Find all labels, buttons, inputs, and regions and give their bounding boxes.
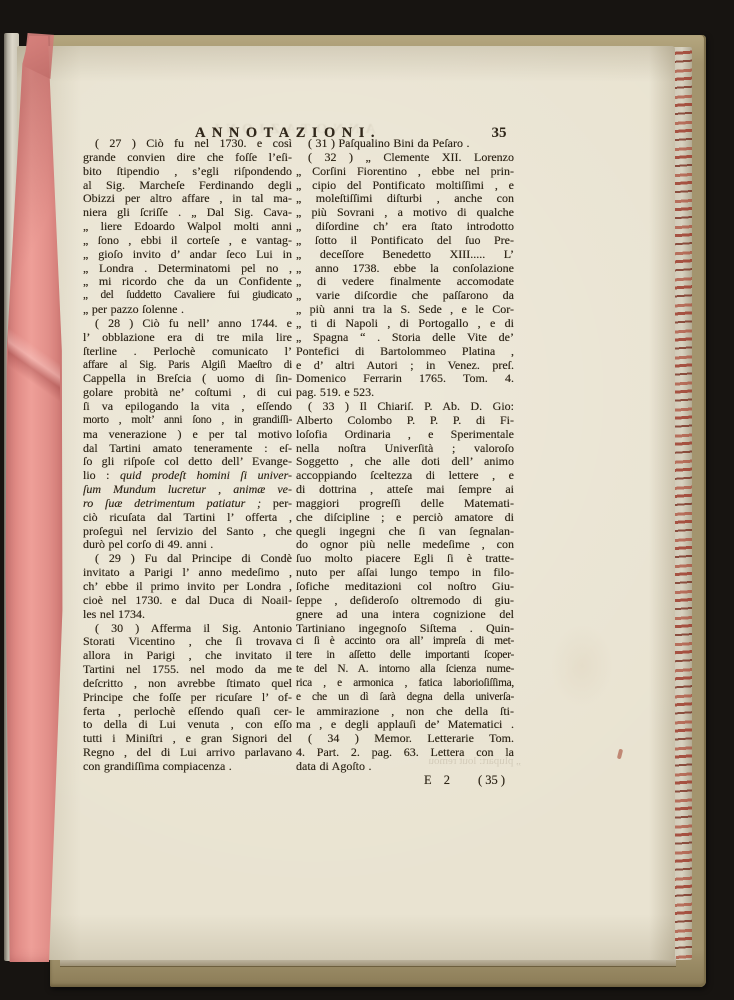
text-line: grande convien dire che foſſe l’eſi-: [83, 151, 292, 165]
text-line: ( 30 ) Afferma il Sig. Antonio: [83, 622, 292, 636]
text-line: maggiori progreſſi delle Matemati-: [296, 497, 514, 511]
text-line: „ Londra . Determinatomi pel no ,: [83, 262, 292, 276]
text-line: niera gli ſcriſſe . „ Dal Sig. Cava-: [83, 206, 292, 220]
text-line: affare al Sig. Paris Algiſi Maeſtro di: [83, 359, 292, 373]
text-line: ( 28 ) Ciò fu nell’ anno 1744. e: [83, 317, 292, 331]
text-line: „ varie diſcordie che paſſarono da: [296, 289, 514, 303]
catchword: ( 35 ): [478, 773, 505, 788]
text-line: ro ſuæ detrimentum patiatur ; per-: [83, 497, 292, 511]
text-line: cioè nel 1730. e dal Duca di Noail-: [83, 594, 292, 608]
text-line: „ Corſini Fiorentino , ebbe nel prin-: [296, 165, 514, 179]
text-line: di dottrina , atteſe mai ſempre ai: [296, 483, 514, 497]
text-line: „ di vedere finalmente accomodate: [296, 275, 514, 289]
paper-stain: [537, 606, 627, 726]
speckled-fore-edge: [672, 47, 692, 960]
text-line: invitato a Parigi l’ anno medeſimo ,: [83, 566, 292, 580]
book-page: ANNOTAZIONI ANNOTAZIONI. 35 ( 27 ) Ciò f…: [17, 46, 675, 960]
text-line: bito ſtipendio , s’egli riſpondendo: [83, 165, 292, 179]
text-line: con grandiſſima compiacenza .: [83, 760, 292, 774]
text-line: Regno , del di Lui arrivo parlavano: [83, 746, 292, 760]
text-line: „ Spagna “ . Storia delle Vite de’: [296, 331, 514, 345]
text-line: pag. 519. e 523.: [296, 386, 514, 400]
text-line: „ mi ricordo che da un Confidente: [83, 275, 292, 289]
text-line: les nel 1734.: [83, 608, 292, 622]
text-line: „ diſordine ch’ era ſtato introdotto: [296, 220, 514, 234]
text-line: „ ſotto il Pontificato del ſuo Pre-: [296, 234, 514, 248]
text-line: „ cipio del Pontificato moltiſſimi , e: [296, 179, 514, 193]
text-line: ſterline . Perlochè comunicato l’: [83, 345, 292, 359]
text-line: 4. Part. 2. pag. 63. Lettera con la: [296, 746, 514, 760]
text-line: ( 27 ) Ciò fu nel 1730. e così: [83, 137, 292, 151]
text-line: tere in aſſetto delle importanti ſcoper-: [296, 649, 514, 663]
text-line: ci ſi è accinto ora all’ impreſa di met-: [296, 635, 514, 649]
text-line: Soggetto , che alle doti dell’ animo: [296, 455, 514, 469]
text-line: ferta , perlochè eſſendo quaſi cer-: [83, 705, 292, 719]
photo-background: { "page": { "header": "ANNOTAZIONI.", "p…: [0, 0, 734, 1000]
text-line: l’ obblazione era di tre mila lire: [83, 331, 292, 345]
text-line: „ più anni tra la S. Sede , e le Cor-: [296, 303, 514, 317]
text-line: allora in Parigi , che invitato il: [83, 649, 292, 663]
text-line: „ liere Edoardo Walpol molti anni: [83, 220, 292, 234]
text-line: golare probità ne’ coſtumi , di cui: [83, 386, 292, 400]
text-line: ma , e degli applauſi de’ Matematici .: [296, 718, 514, 732]
text-line: loſofia Ordinaria , e Sperimentale: [296, 428, 514, 442]
text-line: data di Agoſto .: [296, 760, 514, 774]
text-line: deſcritto , non avrebbe ſtimato quel: [83, 677, 292, 691]
text-line: ſi va epilogando la vita , eſſendo: [83, 400, 292, 414]
book-photo-scene: ANNOTAZIONI ANNOTAZIONI. 35 ( 27 ) Ciò f…: [0, 0, 734, 1000]
text-column-right: ( 31 ) Paſqualino Bini da Peſaro .( 32 )…: [296, 137, 514, 774]
text-line: ma venerazione ) e per tal motivo: [83, 428, 292, 442]
text-line: gnere ad una intera cognizione del: [296, 608, 514, 622]
text-line: Obizzi per altro affare , in tal ma-: [83, 192, 292, 206]
red-ink-fleck: [617, 749, 623, 760]
text-line: al Sig. Marcheſe Ferdinando degli: [83, 179, 292, 193]
text-line: ſum Mundum lucretur , animæ ve-: [83, 483, 292, 497]
text-line: ch’ ebbe il primo invito per Londra ,: [83, 580, 292, 594]
text-line: rica , e armonica , fatica laborioſiſſim…: [296, 677, 514, 691]
text-line: proſeguì nel ſervizio del Santo , che: [83, 525, 292, 539]
text-line: „ moleſtiſſimi diſturbi , anche con: [296, 192, 514, 206]
text-line: tutti i Miniſtri , e gran Signori del: [83, 732, 292, 746]
text-line: quegli ingegni che ſi van ſegnalan-: [296, 525, 514, 539]
text-line: ( 34 ) Memor. Letterarie Tom.: [296, 732, 514, 746]
text-line: „ per pazzo ſolenne .: [83, 303, 292, 317]
text-line: Tartini nel 1755. nel modo da me: [83, 663, 292, 677]
text-line: Pontefici di Bartolommeo Platina ,: [296, 345, 514, 359]
text-line: „ anno 1738. ebbe la conſolazione: [296, 262, 514, 276]
text-line: le ammirazione , non che della ſti-: [296, 705, 514, 719]
text-line: e che un dì ſarà degna della univerſa-: [296, 691, 514, 705]
text-line: ( 32 ) „ Clemente XII. Lorenzo: [296, 151, 514, 165]
text-line: „ del ſuddetto Cavaliere fui giudicato: [83, 289, 292, 303]
text-line: nuto per aſſai lungo tempo in filo-: [296, 566, 514, 580]
text-line: dal Tartini amato teneramente : eſ-: [83, 442, 292, 456]
text-line: che diſcipline ; e perciò amatore di: [296, 511, 514, 525]
text-line: Cappella in Breſcia ( uomo di ſin-: [83, 372, 292, 386]
text-line: do ognor più nelle medeſime , con: [296, 538, 514, 552]
text-line: te del N. A. intorno alla ſcienza nume-: [296, 663, 514, 677]
text-line: ( 29 ) Fu dal Principe di Condè: [83, 552, 292, 566]
text-line: „ ti di Napoli , di Portogallo , e di: [296, 317, 514, 331]
text-line: nella noſtra Univerſità ; valoroſo: [296, 442, 514, 456]
text-line: ſeppe , deſideroſo oltremodo di giu-: [296, 594, 514, 608]
text-line: ſuo molto piacere Egli ſi è tratte-: [296, 552, 514, 566]
text-line: Alberto Colombo P. P. P. di Fi-: [296, 414, 514, 428]
text-line: Tartiniano ingegnoſo Siſtema . Quin-: [296, 622, 514, 636]
text-line: Principe che foſſe per ricuſare l’ of-: [83, 691, 292, 705]
text-line: to della di Lui venuta , con eſſo: [83, 718, 292, 732]
text-line: „ ſono , ebbi il corteſe , e vantag-: [83, 234, 292, 248]
text-line: ( 33 ) Il Chiariſ. P. Ab. D. Gio:: [296, 400, 514, 414]
signature-mark: E 2: [424, 773, 450, 788]
text-line: ( 31 ) Paſqualino Bini da Peſaro .: [296, 137, 514, 151]
text-line: lio : quid prodeſt homini ſi univer-: [83, 469, 292, 483]
text-line: morto , molt’ anni ſono , in grandiſſi-: [83, 414, 292, 428]
text-line: ciò ricuſata dal Tartini l’ offerta ,: [83, 511, 292, 525]
text-line: accoppiando ſceltezza di lettere , e: [296, 469, 514, 483]
text-line: „ deceſſore Benedetto XIII..... L’: [296, 248, 514, 262]
text-line: Domenico Ferrarin 1765. Tom. 4.: [296, 372, 514, 386]
text-line: Storati Vicentino , che ſi trovava: [83, 635, 292, 649]
text-line: ſo gli riſpoſe col detto dell’ Evange-: [83, 455, 292, 469]
text-line: ſofiche meditazioni col noſtro Giu-: [296, 580, 514, 594]
text-line: „ gioſo invito d’ andar ſeco Lui in: [83, 248, 292, 262]
text-line: e d’ altri Autori ; in Venez. preſ.: [296, 359, 514, 373]
text-column-left: ( 27 ) Ciò fu nel 1730. e cosìgrande con…: [83, 137, 292, 774]
text-line: „ più Sovrani , a motivo di qualche: [296, 206, 514, 220]
text-line: durò pel corſo di 49. anni .: [83, 538, 292, 552]
